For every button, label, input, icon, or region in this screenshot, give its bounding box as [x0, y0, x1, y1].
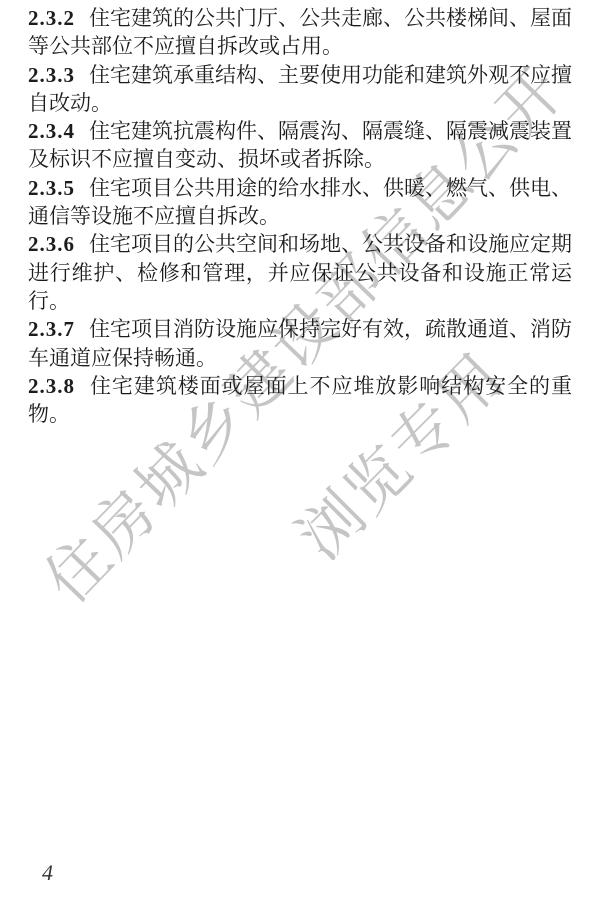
- clause-text: 住宅建筑抗震构件、隔震沟、隔震缝、隔震减震装置及标识不应擅自变动、损坏或者拆除。: [28, 119, 572, 171]
- clause-text: 住宅建筑楼面或屋面上不应堆放影响结构安全的重物。: [28, 374, 572, 426]
- clause-number: 2.3.2: [28, 6, 75, 30]
- clause-number: 2.3.5: [28, 176, 75, 200]
- clause-paragraph: 2.3.5住宅项目公共用途的给水排水、供暖、燃气、供电、通信等设施不应擅自拆改。: [28, 174, 572, 231]
- clauses-section: 2.3.2住宅建筑的公共门厅、公共走廊、公共楼梯间、屋面等公共部位不应擅自拆改或…: [28, 4, 572, 428]
- clause-text: 住宅项目消防设施应保持完好有效，疏散通道、消防车通道应保持畅通。: [28, 317, 572, 369]
- clause-number: 2.3.8: [28, 374, 75, 398]
- clause-paragraph: 2.3.4住宅建筑抗震构件、隔震沟、隔震缝、隔震减震装置及标识不应擅自变动、损坏…: [28, 117, 572, 174]
- clause-number: 2.3.3: [28, 63, 75, 87]
- clause-paragraph: 2.3.2住宅建筑的公共门厅、公共走廊、公共楼梯间、屋面等公共部位不应擅自拆改或…: [28, 4, 572, 61]
- clause-text: 住宅项目公共用途的给水排水、供暖、燃气、供电、通信等设施不应擅自拆改。: [28, 176, 572, 228]
- clause-text: 住宅建筑承重结构、主要使用功能和建筑外观不应擅自改动。: [28, 63, 572, 115]
- clause-number: 2.3.7: [28, 317, 75, 341]
- clause-paragraph: 2.3.8住宅建筑楼面或屋面上不应堆放影响结构安全的重物。: [28, 372, 572, 429]
- clause-number: 2.3.6: [28, 232, 75, 256]
- clause-number: 2.3.4: [28, 119, 75, 143]
- document-page: 住房城乡建设部信息公开 浏览专用 2.3.2住宅建筑的公共门厅、公共走廊、公共楼…: [0, 0, 600, 897]
- clause-text: 住宅项目的公共空间和场地、公共设备和设施应定期进行维护、检修和管理，并应保证公共…: [28, 232, 572, 313]
- clause-paragraph: 2.3.7住宅项目消防设施应保持完好有效，疏散通道、消防车通道应保持畅通。: [28, 315, 572, 372]
- clause-text: 住宅建筑的公共门厅、公共走廊、公共楼梯间、屋面等公共部位不应擅自拆改或占用。: [28, 6, 572, 58]
- clause-paragraph: 2.3.3住宅建筑承重结构、主要使用功能和建筑外观不应擅自改动。: [28, 61, 572, 118]
- page-number: 4: [42, 860, 53, 886]
- clause-paragraph: 2.3.6住宅项目的公共空间和场地、公共设备和设施应定期进行维护、检修和管理，并…: [28, 230, 572, 315]
